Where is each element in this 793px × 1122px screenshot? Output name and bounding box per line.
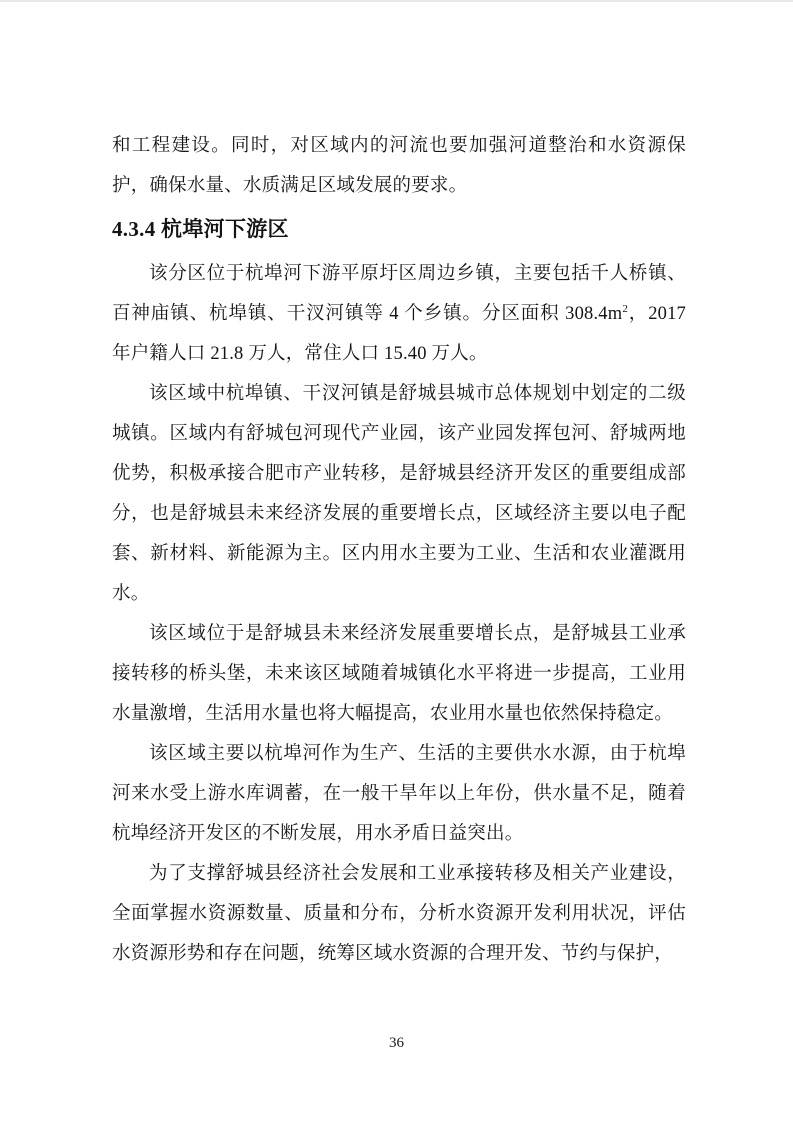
paragraph-growth: 该区域位于是舒城县未来经济发展重要增长点，是舒城县工业承接转移的桥头堡，未来该区… xyxy=(112,614,686,734)
paragraph-water-supply: 该区域主要以杭埠河作为生产、生活的主要供水水源，由于杭埠河来水受上游水库调蓄，在… xyxy=(112,734,686,854)
paragraph-continuation: 和工程建设。同时，对区域内的河流也要加强河道整治和水资源保护，确保水量、水质满足… xyxy=(112,126,686,206)
section-heading: 4.3.4 杭埠河下游区 xyxy=(112,213,686,245)
paragraph-towns-economy: 该区域中杭埠镇、干汊河镇是舒城县城市总体规划中划定的二级城镇。区域内有舒城包河现… xyxy=(112,374,686,614)
paragraph-overview: 该分区位于杭埠河下游平原圩区周边乡镇，主要包括千人桥镇、百神庙镇、杭埠镇、干汊河… xyxy=(112,254,686,374)
document-page: 和工程建设。同时，对区域内的河流也要加强河道整治和水资源保护，确保水量、水质满足… xyxy=(0,0,793,1122)
paragraph-purpose: 为了支撑舒城县经济社会发展和工业承接转移及相关产业建设，全面掌握水资源数量、质量… xyxy=(112,854,686,974)
page-number: 36 xyxy=(0,1035,793,1052)
page-top-edge xyxy=(0,0,793,2)
overview-text-before-superscript: 该分区位于杭埠河下游平原圩区周边乡镇，主要包括千人桥镇、百神庙镇、杭埠镇、干汊河… xyxy=(112,264,686,324)
